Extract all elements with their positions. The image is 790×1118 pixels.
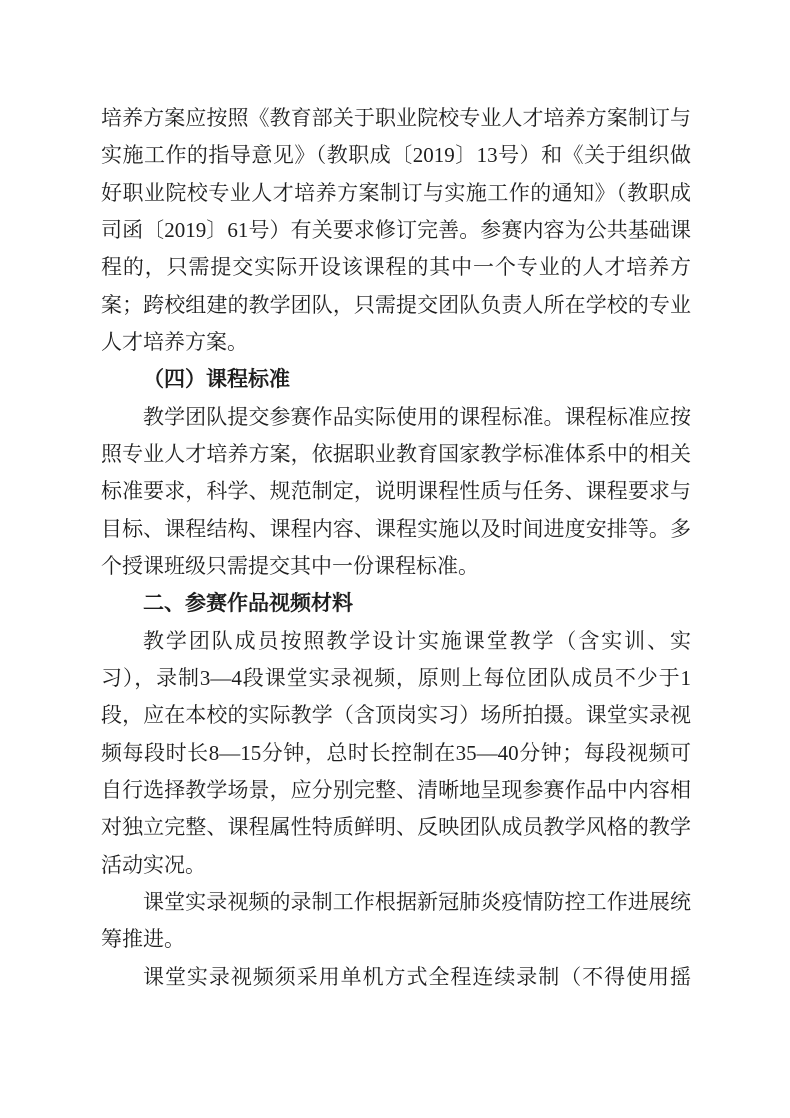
text-line: 标准要求，科学、规范制定，说明课程性质与任务、课程要求与 (101, 473, 691, 510)
text-line: 教学团队提交参赛作品实际使用的课程标准。课程标准应按 (101, 399, 691, 436)
text-line: 人才培养方案。 (101, 324, 691, 361)
text-line: 程的，只需提交实际开设该课程的其中一个专业的人才培养方 (101, 249, 691, 286)
text-line: 培养方案应按照《教育部关于职业院校专业人才培养方案制订与 (101, 100, 691, 137)
text-line: 课堂实录视频须采用单机方式全程连续录制（不得使用摇 (101, 959, 691, 996)
section-heading-video-materials: 二、参赛作品视频材料 (101, 585, 691, 622)
document-page: 培养方案应按照《教育部关于职业院校专业人才培养方案制订与 实施工作的指导意见》（… (0, 0, 790, 1118)
text-line: 活动实况。 (101, 847, 691, 884)
text-line: 习），录制3—4段课堂实录视频，原则上每位团队成员不少于1 (101, 660, 691, 697)
text-line: 个授课班级只需提交其中一份课程标准。 (101, 548, 691, 585)
text-line: 教学团队成员按照教学设计实施课堂教学（含实训、实 (101, 623, 691, 660)
text-line: 对独立完整、课程属性特质鲜明、反映团队成员教学风格的教学 (101, 809, 691, 846)
document-text-block: 培养方案应按照《教育部关于职业院校专业人才培养方案制订与 实施工作的指导意见》（… (101, 100, 691, 996)
text-line: 段，应在本校的实际教学（含顶岗实习）场所拍摄。课堂实录视 (101, 697, 691, 734)
text-line: 自行选择教学场景，应分别完整、清晰地呈现参赛作品中内容相 (101, 772, 691, 809)
text-line: 课堂实录视频的录制工作根据新冠肺炎疫情防控工作进展统 (101, 884, 691, 921)
text-line: 好职业院校专业人才培养方案制订与实施工作的通知》（教职成 (101, 175, 691, 212)
text-line: 司函〔2019〕61号）有关要求修订完善。参赛内容为公共基础课 (101, 212, 691, 249)
section-heading-course-standard: （四）课程标准 (101, 361, 691, 398)
text-line: 频每段时长8—15分钟，总时长控制在35—40分钟；每段视频可 (101, 735, 691, 772)
text-line: 案；跨校组建的教学团队，只需提交团队负责人所在学校的专业 (101, 287, 691, 324)
text-line: 目标、课程结构、课程内容、课程实施以及时间进度安排等。多 (101, 511, 691, 548)
text-line: 实施工作的指导意见》（教职成〔2019〕13号）和《关于组织做 (101, 137, 691, 174)
text-line: 照专业人才培养方案，依据职业教育国家教学标准体系中的相关 (101, 436, 691, 473)
text-line: 筹推进。 (101, 921, 691, 958)
